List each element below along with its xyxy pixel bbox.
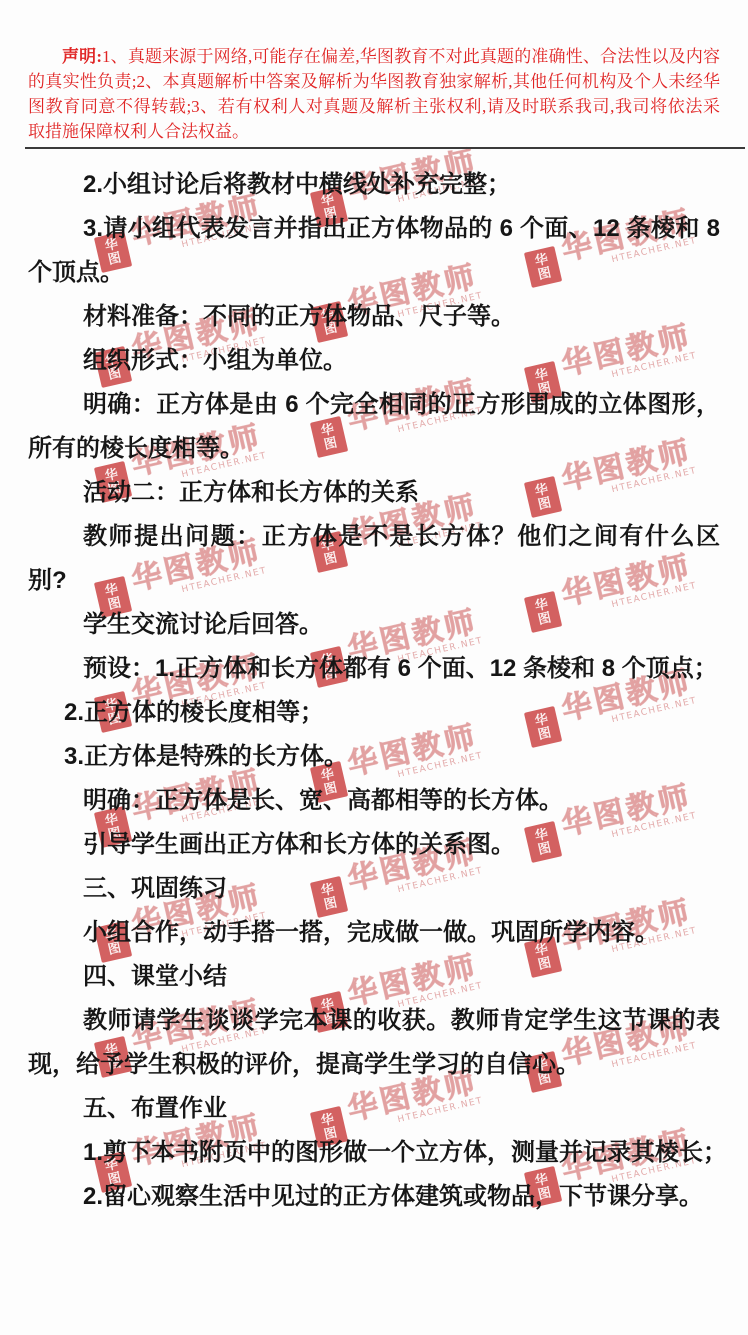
text-line: 活动二：正方体和长方体的关系 xyxy=(28,471,720,515)
text-line: 明确：正方体是由 6 个完全相同的正方形围成的立体图形， xyxy=(28,383,720,427)
text-line: 教师提出问题：正方体是不是长方体？他们之间有什么区 xyxy=(28,515,720,559)
divider-line xyxy=(25,147,745,149)
text-line: 预设：1.正方体和长方体都有 6 个面、12 条棱和 8 个顶点； xyxy=(28,647,720,691)
disclaimer-line: 的真实性负责;2、本真题解析中答案及解析为华图教育独家解析,其他任何机构及个人未… xyxy=(28,69,720,94)
text-line: 五、布置作业 xyxy=(28,1087,720,1131)
text-line: 组织形式：小组为单位。 xyxy=(28,339,720,383)
text-line: 引导学生画出正方体和长方体的关系图。 xyxy=(28,823,720,867)
text-line: 3.正方体是特殊的长方体。 xyxy=(28,735,720,779)
text-line: 2.小组讨论后将教材中横线处补充完整； xyxy=(28,163,720,207)
text-line: 教师请学生谈谈学完本课的收获。教师肯定学生这节课的表 xyxy=(28,999,720,1043)
disclaimer-line: 声明:1、真题来源于网络,可能存在偏差,华图教育不对此真题的准确性、合法性以及内… xyxy=(28,44,720,69)
text-line: 三、巩固练习 xyxy=(28,867,720,911)
text-line: 所有的棱长度相等。 xyxy=(28,427,720,471)
document-page: 华图华图教师HTEACHER.NET华图华图教师HTEACHER.NET华图华图… xyxy=(0,0,748,1335)
lesson-plan-text: 2.小组讨论后将教材中横线处补充完整；3.请小组代表发言并指出正方体物品的 6 … xyxy=(28,163,720,1219)
disclaimer-label: 声明: xyxy=(62,47,102,66)
text-line: 1.剪下本书附页中的图形做一个立方体，测量并记录其棱长； xyxy=(28,1131,720,1175)
text-line: 2.留心观察生活中见过的正方体建筑或物品，下节课分享。 xyxy=(28,1175,720,1219)
text-line: 学生交流讨论后回答。 xyxy=(28,603,720,647)
text-line: 3.请小组代表发言并指出正方体物品的 6 个面、12 条棱和 8 xyxy=(28,207,720,251)
text-line: 明确：正方体是长、宽、高都相等的长方体。 xyxy=(28,779,720,823)
text-line: 别? xyxy=(28,559,720,603)
text-line: 个顶点。 xyxy=(28,251,720,295)
text-line: 小组合作，动手搭一搭，完成做一做。巩固所学内容。 xyxy=(28,911,720,955)
disclaimer-notice: 声明:1、真题来源于网络,可能存在偏差,华图教育不对此真题的准确性、合法性以及内… xyxy=(28,0,720,144)
text-line: 2.正方体的棱长度相等； xyxy=(28,691,720,735)
disclaimer-line: 取措施保障权利人合法权益。 xyxy=(28,119,720,144)
text-line: 四、课堂小结 xyxy=(28,955,720,999)
disclaimer-line: 图教育同意不得转载;3、若有权利人对真题及解析主张权利,请及时联系我司,我司将依… xyxy=(28,94,720,119)
text-line: 现，给予学生积极的评价，提高学生学习的自信心。 xyxy=(28,1043,720,1087)
text-line: 材料准备：不同的正方体物品、尺子等。 xyxy=(28,295,720,339)
